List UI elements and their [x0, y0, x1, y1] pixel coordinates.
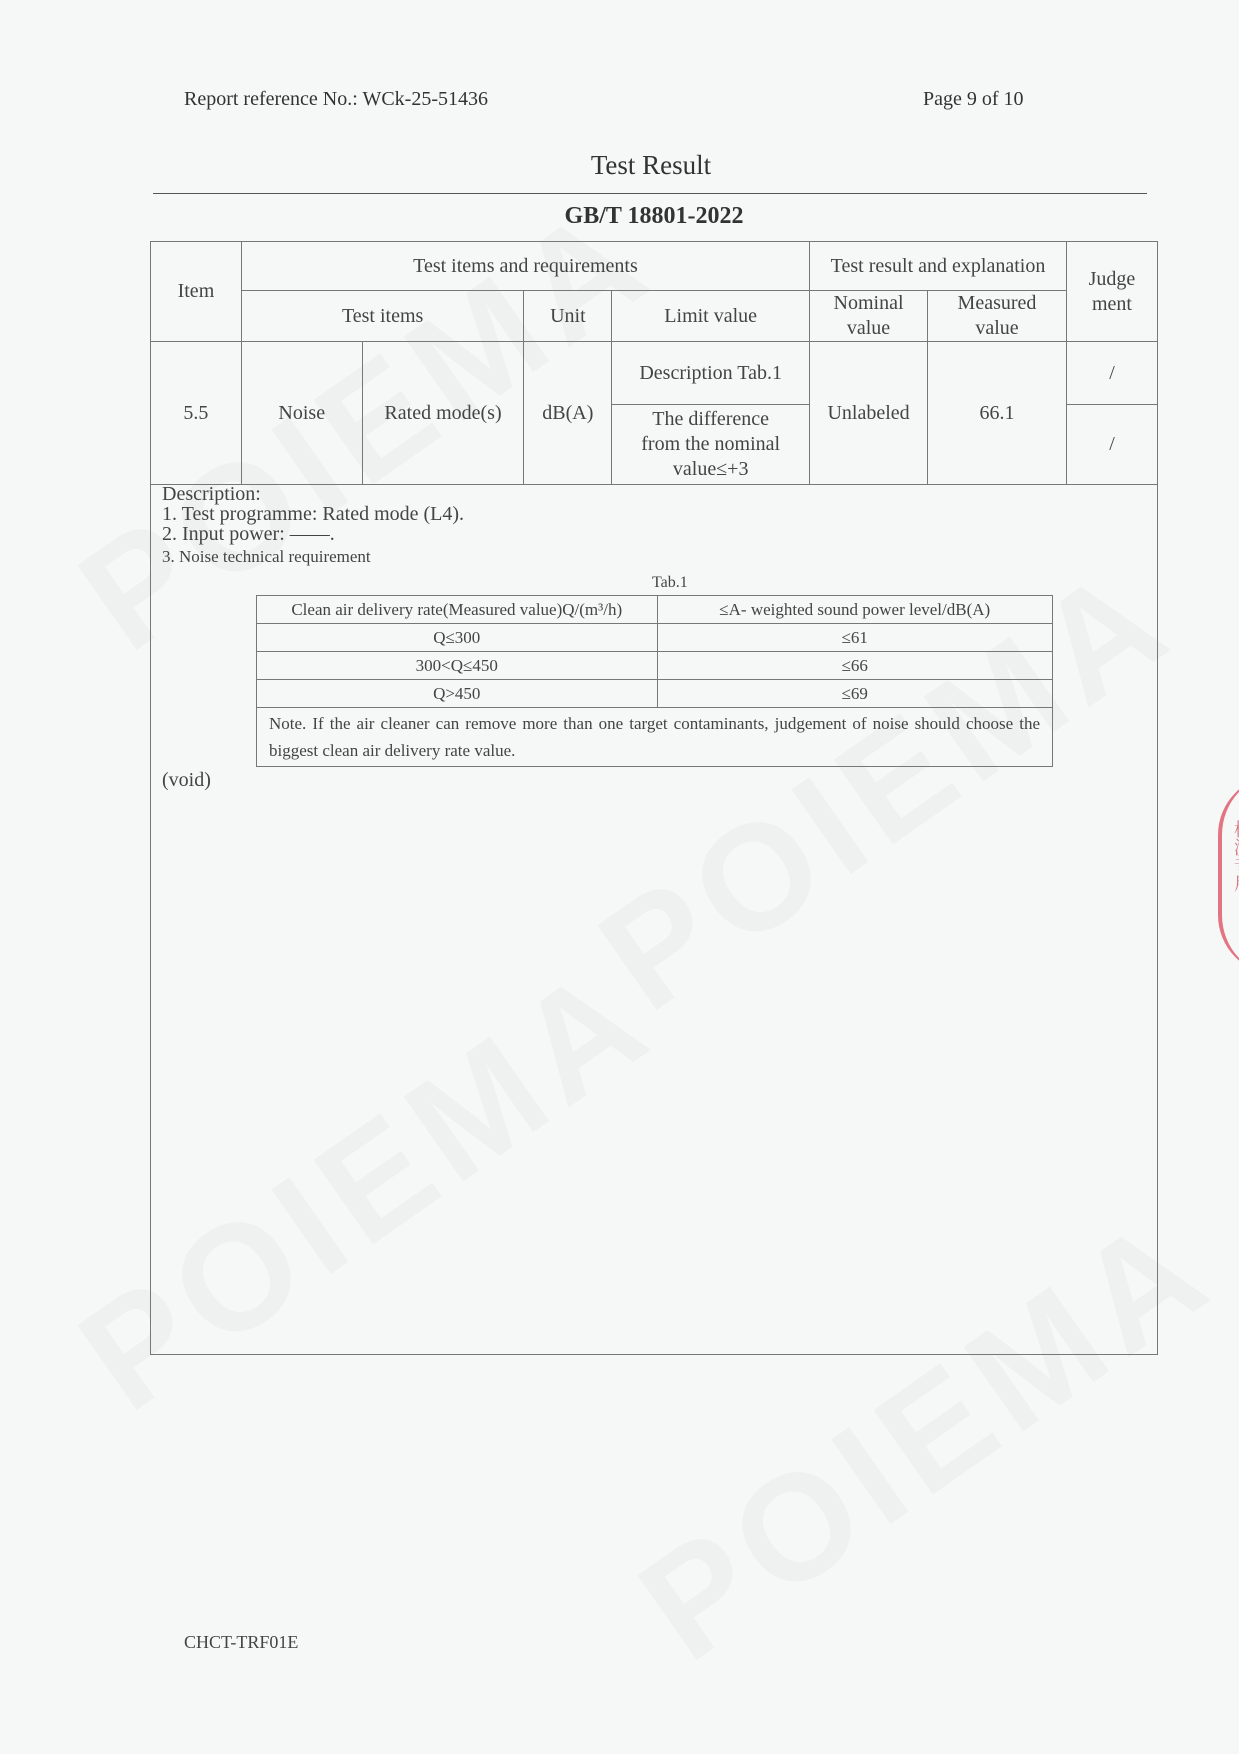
description-line: 1. Test programme: Rated mode (L4).	[162, 504, 464, 524]
standard-title: GB/T 18801-2022	[0, 203, 1239, 230]
cell-unit: dB(A)	[524, 342, 612, 485]
table-row: Q≤300 ≤61	[257, 624, 1053, 652]
cell-sub-item: Rated mode(s)	[362, 342, 524, 485]
description-heading: Description:	[162, 484, 464, 504]
description: Description: 1. Test programme: Rated mo…	[162, 484, 464, 567]
cell-judgement-2: /	[1066, 405, 1157, 485]
cell-measured: 66.1	[928, 342, 1067, 485]
header-test-result: Test result and explanation	[810, 242, 1067, 291]
void-marker: (void)	[162, 769, 211, 792]
tab1-cell: ≤69	[657, 680, 1053, 708]
cell-nominal: Unlabeled	[810, 342, 928, 485]
description-line: 3. Noise technical requirement	[162, 547, 464, 567]
header-judgement: Judge ment	[1066, 242, 1157, 342]
table-row: 300<Q≤450 ≤66	[257, 652, 1053, 680]
cell-limit-2: The difference from the nominal value≤+3	[612, 405, 810, 485]
header-measured-value: Measured value	[928, 291, 1067, 342]
cell-test-item: Noise	[241, 342, 362, 485]
cell-limit-1: Description Tab.1	[612, 342, 810, 405]
tab1-cell: Q≤300	[257, 624, 658, 652]
tab1-note: Note. If the air cleaner can remove more…	[257, 708, 1053, 767]
seal-stamp: 检测专用	[1218, 775, 1239, 975]
header-test-items: Test items	[241, 291, 524, 342]
form-code: CHCT-TRF01E	[184, 1632, 298, 1653]
report-reference: Report reference No.: WCk-25-51436	[184, 88, 488, 111]
page-number: Page 9 of 10	[923, 88, 1024, 111]
noise-requirement-table: Clean air delivery rate(Measured value)Q…	[256, 595, 1053, 767]
tab1-cell: ≤61	[657, 624, 1053, 652]
table-row: Q>450 ≤69	[257, 680, 1053, 708]
page-title: Test Result	[0, 150, 1239, 181]
title-divider	[153, 193, 1147, 194]
tab1-header-sound-level: ≤A- weighted sound power level/dB(A)	[657, 596, 1053, 624]
seal-text: 检测专用	[1228, 820, 1239, 892]
tab1-cell: 300<Q≤450	[257, 652, 658, 680]
test-result-table: Item Test items and requirements Test re…	[150, 241, 1158, 485]
header-unit: Unit	[524, 291, 612, 342]
tab1-label: Tab.1	[652, 574, 688, 592]
header-test-items-and-requirements: Test items and requirements	[241, 242, 809, 291]
header-item: Item	[151, 242, 242, 342]
header-nominal-value: Nominal value	[810, 291, 928, 342]
tab1-header-cadr: Clean air delivery rate(Measured value)Q…	[257, 596, 658, 624]
cell-judgement-1: /	[1066, 342, 1157, 405]
tab1-cell: ≤66	[657, 652, 1053, 680]
description-line: 2. Input power: ——.	[162, 524, 464, 544]
cell-item: 5.5	[151, 342, 242, 485]
tab1-cell: Q>450	[257, 680, 658, 708]
header-limit-value: Limit value	[612, 291, 810, 342]
